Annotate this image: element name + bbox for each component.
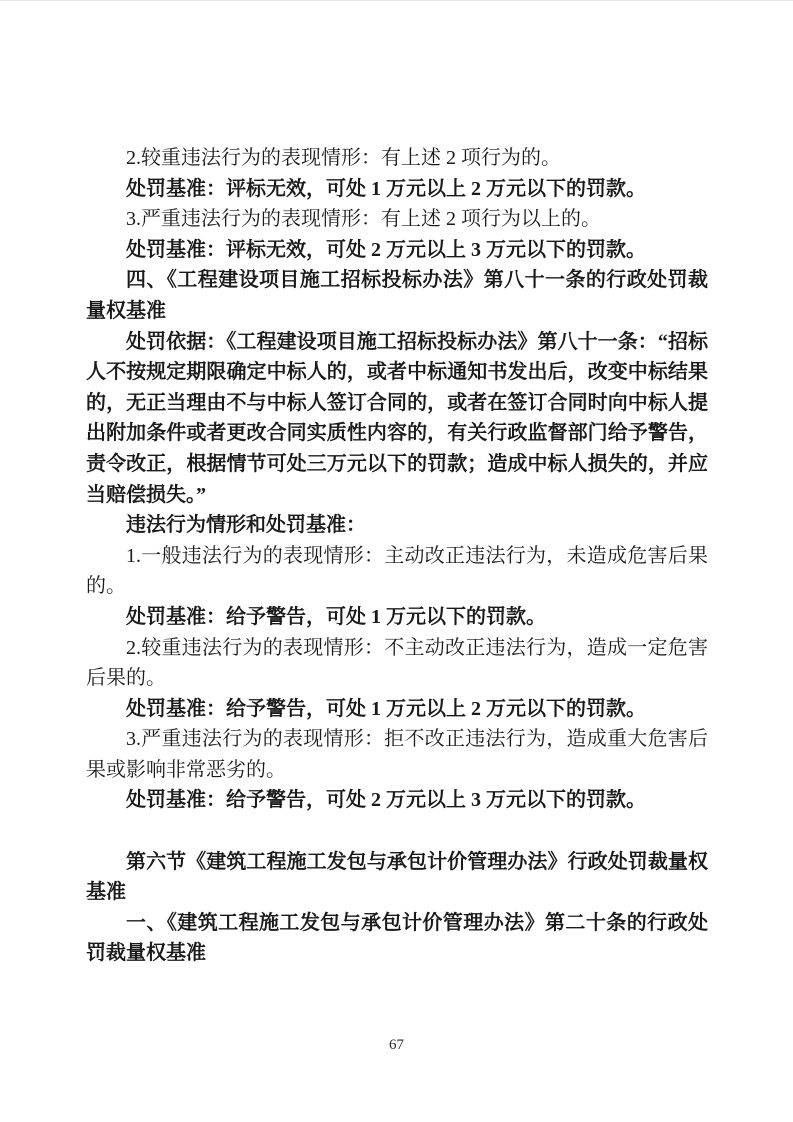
heading-paragraph: 第六节《建筑工程施工发包与承包计价管理办法》行政处罚裁量权基准 bbox=[86, 847, 708, 908]
body-paragraph: 处罚基准：给予警告，可处 1 万元以上 2 万元以下的罚款。 bbox=[86, 694, 708, 725]
paragraph-text: 2.较重违法行为的表现情形：有上述 2 项行为的。 bbox=[126, 147, 561, 169]
page-footer: 67 bbox=[0, 1035, 793, 1055]
body-paragraph: 处罚依据：《工程建设项目施工招标投标办法》第八十一条：“招标人不按规定期限确定中… bbox=[86, 327, 708, 511]
paragraph-lead: 处罚基准： bbox=[126, 789, 226, 811]
paragraph-text: 1.一般违法行为的表现情形：主动改正违法行为，未造成危害后果的。 bbox=[86, 545, 708, 598]
paragraph-text: 给予警告，可处 1 万元以上 2 万元以下的罚款。 bbox=[226, 698, 646, 720]
body-paragraph: 处罚基准：评标无效，可处 1 万元以上 2 万元以下的罚款。 bbox=[86, 174, 708, 205]
body-paragraph: 2.较重违法行为的表现情形：不主动改正违法行为，造成一定危害后果的。 bbox=[86, 633, 708, 694]
paragraph-text: 四、《工程建设项目施工招标投标办法》第八十一条的行政处罚裁量权基准 bbox=[86, 269, 708, 322]
body-paragraph: 3.严重违法行为的表现情形：有上述 2 项行为以上的。 bbox=[86, 204, 708, 235]
paragraph-lead: 处罚依据： bbox=[126, 331, 226, 353]
paragraph-lead: 处罚基准： bbox=[126, 698, 226, 720]
heading-paragraph: 一、《建筑工程施工发包与承包计价管理办法》第二十条的行政处罚裁量权基准 bbox=[86, 908, 708, 969]
document-body: 2.较重违法行为的表现情形：有上述 2 项行为的。处罚基准：评标无效，可处 1 … bbox=[86, 143, 708, 969]
paragraph-text: 2.较重违法行为的表现情形：不主动改正违法行为，造成一定危害后果的。 bbox=[86, 637, 708, 690]
paragraph-text: 评标无效，可处 1 万元以上 2 万元以下的罚款。 bbox=[226, 178, 646, 200]
paragraph-lead: 处罚基准： bbox=[126, 239, 226, 261]
page-number: 67 bbox=[389, 1037, 404, 1053]
paragraph-text: 评标无效，可处 2 万元以上 3 万元以下的罚款。 bbox=[226, 239, 646, 261]
body-paragraph: 处罚基准：评标无效，可处 2 万元以上 3 万元以下的罚款。 bbox=[86, 235, 708, 266]
paragraph-text: 给予警告，可处 1 万元以下的罚款。 bbox=[226, 606, 546, 628]
paragraph-lead: 处罚基准： bbox=[126, 606, 226, 628]
body-paragraph: 处罚基准：给予警告，可处 1 万元以下的罚款。 bbox=[86, 602, 708, 633]
body-paragraph: 处罚基准：给予警告，可处 2 万元以上 3 万元以下的罚款。 bbox=[86, 785, 708, 816]
body-paragraph: 3.严重违法行为的表现情形：拒不改正违法行为，造成重大危害后果或影响非常恶劣的。 bbox=[86, 724, 708, 785]
paragraph-text: 3.严重违法行为的表现情形：有上述 2 项行为以上的。 bbox=[126, 208, 601, 230]
paragraph-text: 《工程建设项目施工招标投标办法》第八十一条：“招标人不按规定期限确定中标人的，或… bbox=[86, 331, 708, 506]
body-paragraph: 1.一般违法行为的表现情形：主动改正违法行为，未造成危害后果的。 bbox=[86, 541, 708, 602]
paragraph-text: 给予警告，可处 2 万元以上 3 万元以下的罚款。 bbox=[226, 789, 646, 811]
body-paragraph: 2.较重违法行为的表现情形：有上述 2 项行为的。 bbox=[86, 143, 708, 174]
document-page: 2.较重违法行为的表现情形：有上述 2 项行为的。处罚基准：评标无效，可处 1 … bbox=[0, 0, 793, 1122]
heading-paragraph: 四、《工程建设项目施工招标投标办法》第八十一条的行政处罚裁量权基准 bbox=[86, 265, 708, 326]
paragraph-text: 一、《建筑工程施工发包与承包计价管理办法》第二十条的行政处罚裁量权基准 bbox=[86, 912, 708, 965]
paragraph-lead: 处罚基准： bbox=[126, 178, 226, 200]
paragraph-text: 第六节《建筑工程施工发包与承包计价管理办法》行政处罚裁量权基准 bbox=[86, 851, 708, 904]
paragraph-text: 违法行为情形和处罚基准： bbox=[126, 514, 366, 536]
heading-paragraph: 违法行为情形和处罚基准： bbox=[86, 510, 708, 541]
paragraph-text: 3.严重违法行为的表现情形：拒不改正违法行为，造成重大危害后果或影响非常恶劣的。 bbox=[86, 728, 708, 781]
